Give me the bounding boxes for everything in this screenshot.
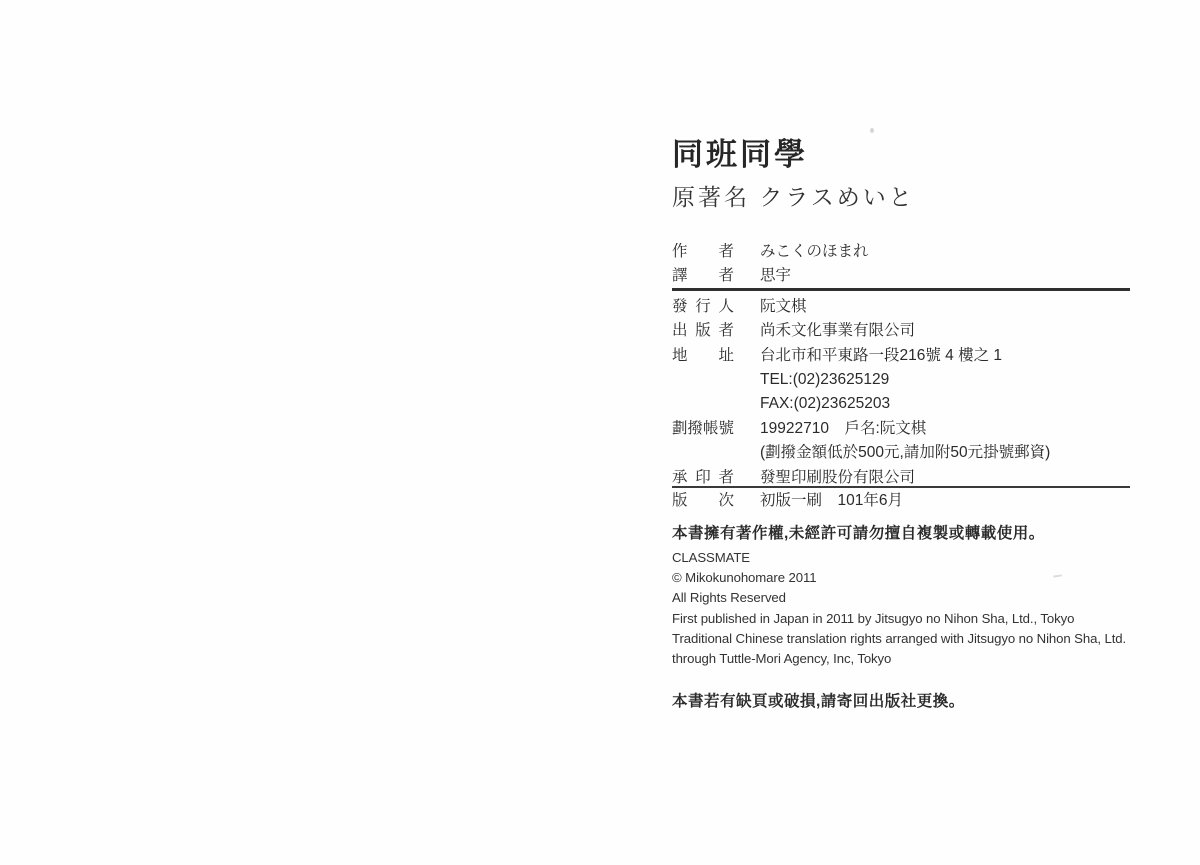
copyright-notice: 本書擁有著作權,未經許可請勿擅自複製或轉載使用。: [672, 524, 1192, 544]
row-value: 初版一刷 101年6月: [760, 489, 1132, 513]
row-value: 台北市和平東路一段216號 4 樓之 1: [760, 344, 1132, 368]
row-value: 尚禾文化事業有限公司: [760, 319, 1132, 343]
row-label: [672, 368, 734, 392]
copyright-line-first-published: First published in Japan in 2011 by Jits…: [672, 609, 1192, 629]
row-label: 出版者: [672, 319, 734, 343]
colophon-row-fax: FAX:(02)23625203: [672, 392, 1132, 416]
row-label: 版次: [672, 489, 734, 513]
colophon-row-tel: TEL:(02)23625129: [672, 368, 1132, 392]
row-label: 譯者: [672, 264, 734, 288]
row-value: 19922710 戶名:阮文棋: [760, 417, 1132, 441]
colophon-row-postal-account: 劃撥帳號 19922710 戶名:阮文棋: [672, 417, 1132, 441]
copyright-line-translation-rights: Traditional Chinese translation rights a…: [672, 629, 1192, 649]
colophon-row-edition: 版次 初版一刷 101年6月: [672, 489, 1132, 513]
copyright-block: 本書擁有著作權,未經許可請勿擅自複製或轉載使用。 CLASSMATE © Mik…: [672, 524, 1192, 669]
return-notice: 本書若有缺頁或破損,請寄回出版社更換。: [672, 692, 965, 712]
scan-speck: [870, 128, 874, 133]
row-label: 作者: [672, 240, 734, 264]
row-value: FAX:(02)23625203: [760, 392, 1132, 416]
colophon-row-author: 作者 みこくのほまれ: [672, 240, 1132, 264]
row-label: [672, 392, 734, 416]
row-value: 思宇: [760, 264, 1132, 288]
colophon-row-postal-note: (劃撥金額低於500元,請加附50元掛號郵資): [672, 441, 1132, 465]
copyright-line-rights: All Rights Reserved: [672, 588, 1192, 608]
colophon-row-address: 地址 台北市和平東路一段216號 4 樓之 1: [672, 344, 1132, 368]
colophon-row-publisher-company: 出版者 尚禾文化事業有限公司: [672, 319, 1132, 343]
row-value: (劃撥金額低於500元,請加附50元掛號郵資): [760, 441, 1132, 465]
colophon-page: 同班同學 原著名 クラスめいと 作者 みこくのほまれ 譯者 思宇 發行人 阮文棋…: [0, 0, 1200, 865]
copyright-line-agency: through Tuttle-Mori Agency, Inc, Tokyo: [672, 649, 1192, 669]
row-value: みこくのほまれ: [760, 240, 1132, 264]
row-label: 發行人: [672, 295, 734, 319]
copyright-english-block: CLASSMATE © Mikokunohomare 2011 All Righ…: [672, 548, 1192, 669]
colophon-row-translator: 譯者 思宇: [672, 264, 1132, 288]
row-value: 發聖印刷股份有限公司: [760, 466, 1132, 490]
row-value: TEL:(02)23625129: [760, 368, 1132, 392]
row-label: [672, 441, 734, 465]
row-label: 地址: [672, 344, 734, 368]
original-title: 原著名 クラスめいと: [672, 184, 915, 212]
row-label: 承印者: [672, 466, 734, 490]
copyright-line-holder: © Mikokunohomare 2011: [672, 568, 1192, 588]
copyright-line-title: CLASSMATE: [672, 548, 1192, 568]
row-label: 劃撥帳號: [672, 417, 734, 441]
book-title: 同班同學: [672, 136, 808, 173]
colophon-row-publisher-person: 發行人 阮文棋: [672, 295, 1132, 319]
row-value: 阮文棋: [760, 295, 1132, 319]
colophon-table: 作者 みこくのほまれ 譯者 思宇 發行人 阮文棋 出版者 尚禾文化事業有限公司 …: [672, 240, 1132, 513]
